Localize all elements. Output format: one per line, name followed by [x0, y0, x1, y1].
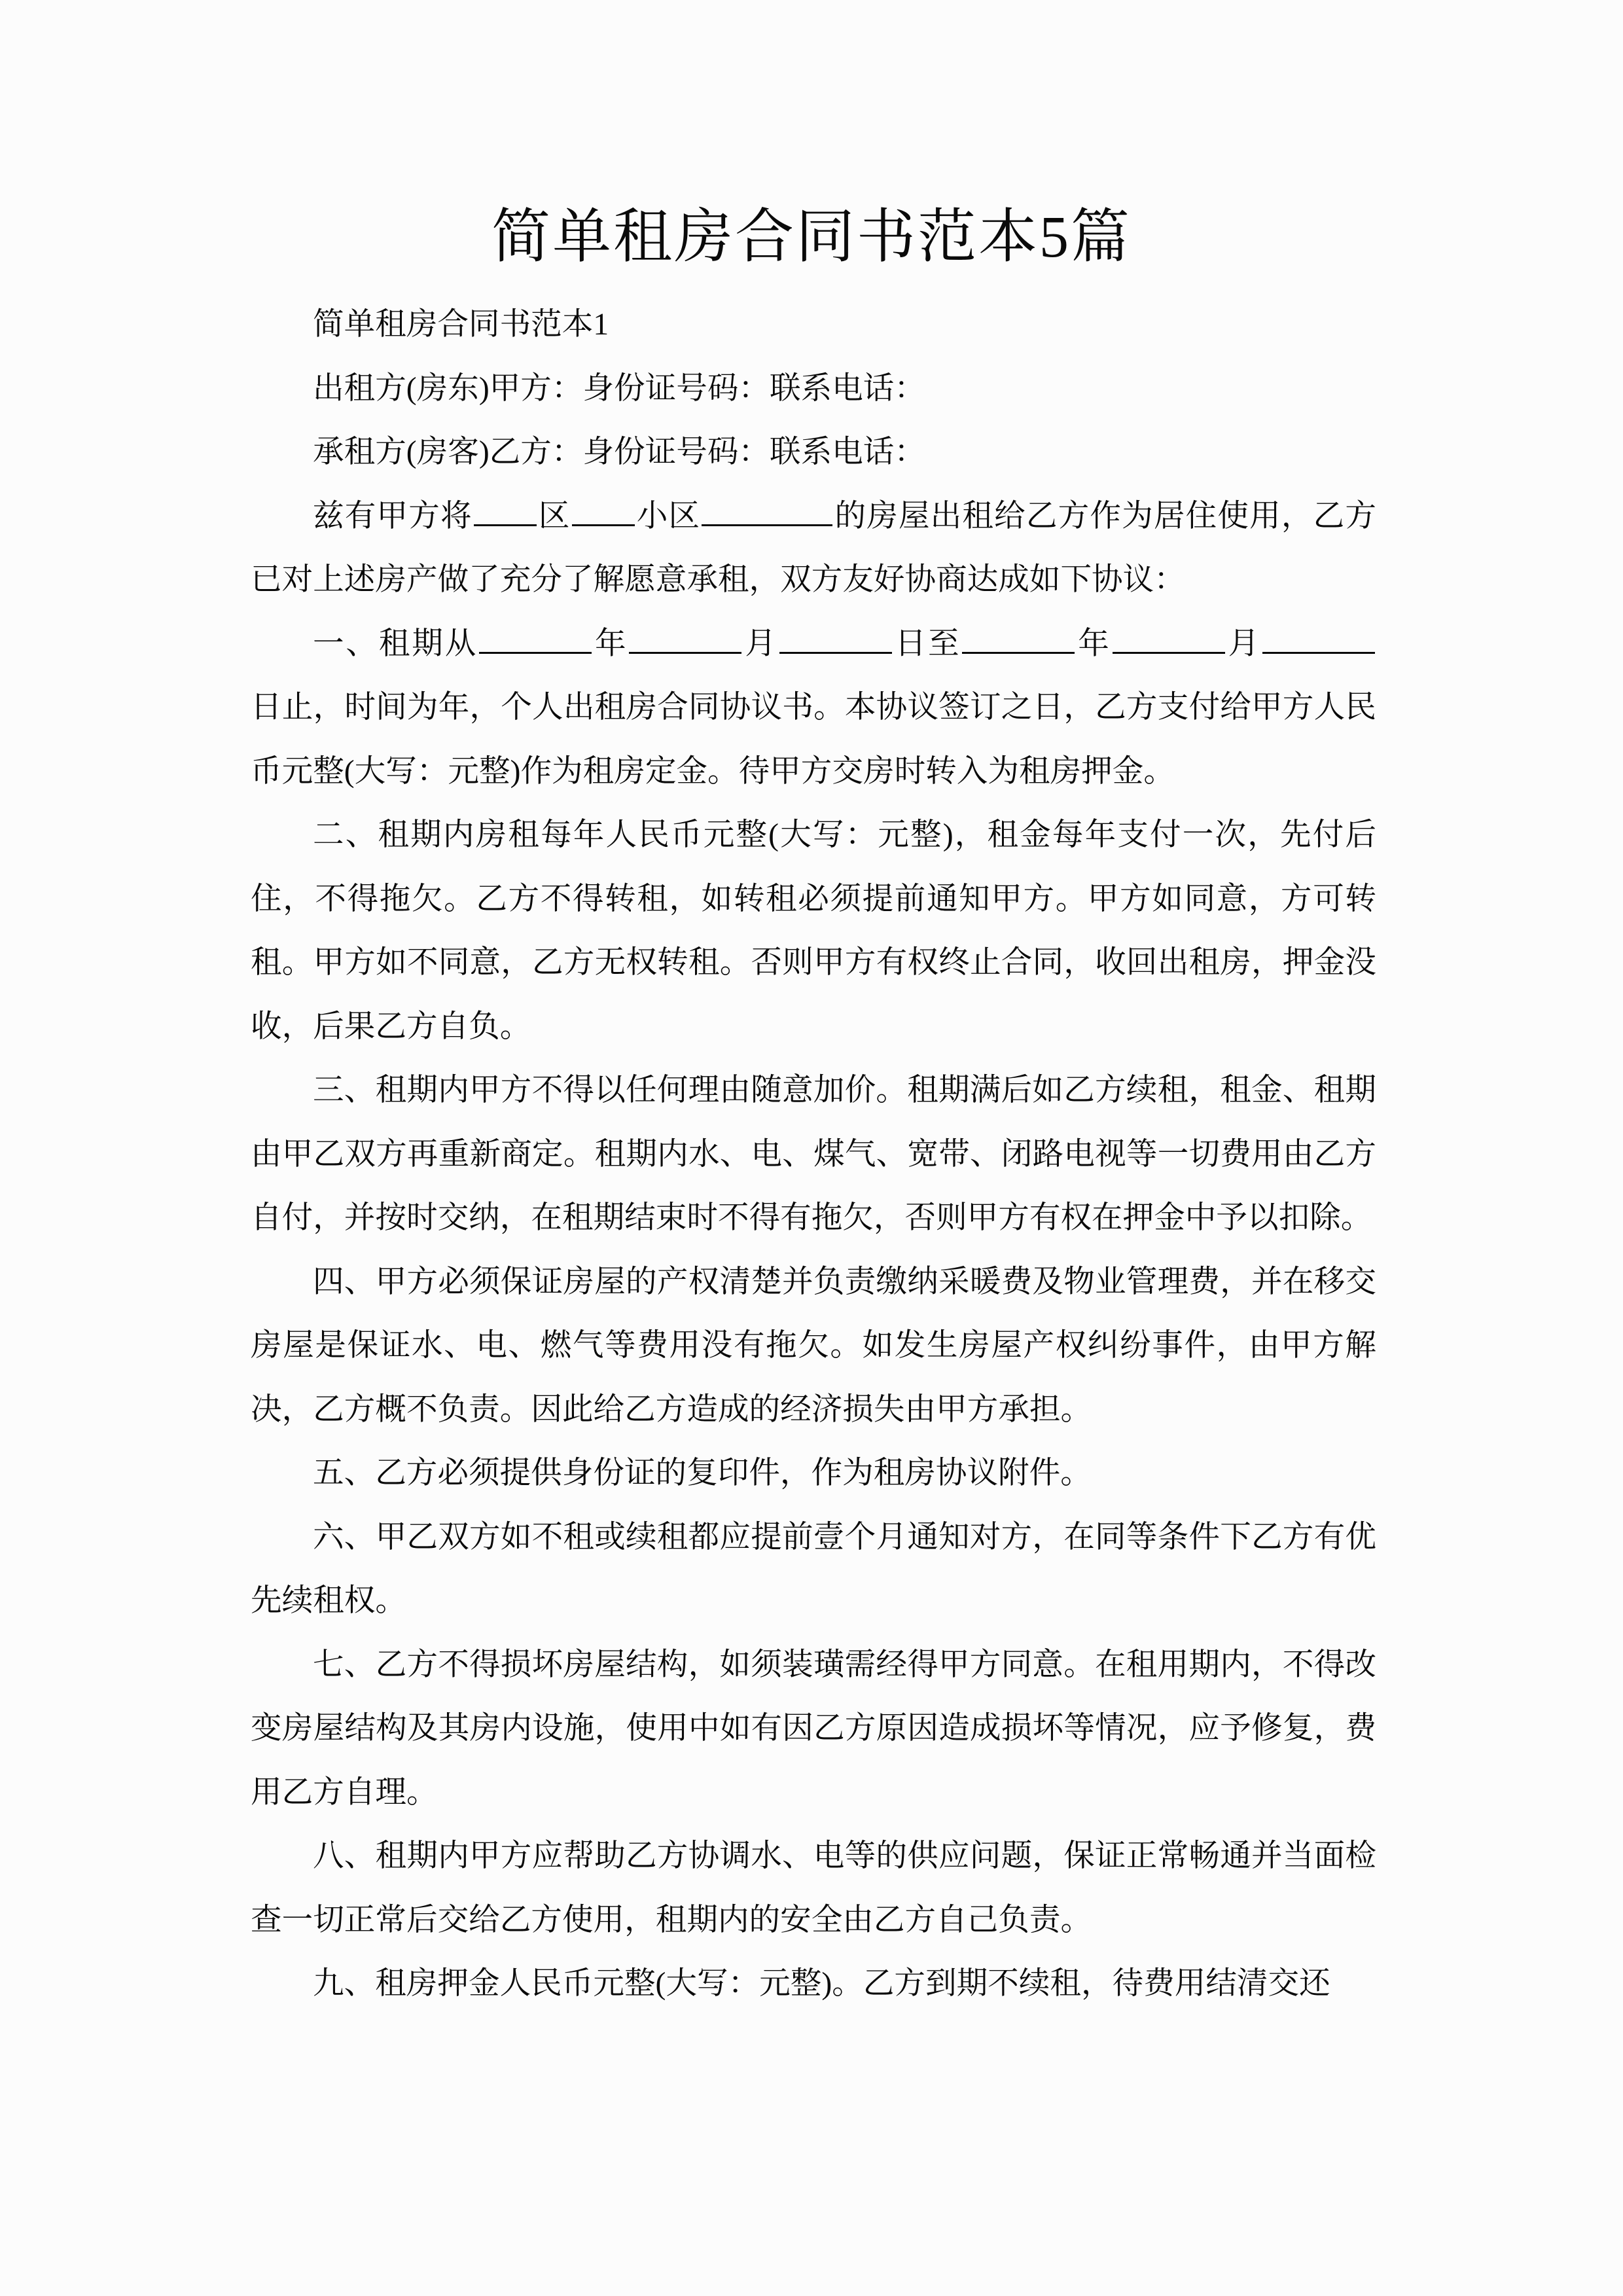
day-to-label: 日至	[893, 627, 961, 661]
clause-5: 五、乙方必须提供身份证的复印件，作为租房协议附件。	[251, 1442, 1376, 1506]
clause-8: 八、租期内甲方应帮助乙方协调水、电等的供应问题，保证正常畅通并当面检查一切正常后…	[251, 1825, 1376, 1952]
end-year-blank	[962, 626, 1075, 654]
document-page: 简单租房合同书范本5篇 简单租房合同书范本1 出租方(房东)甲方：身份证号码：联…	[0, 0, 1623, 2296]
intro-text-2: 区	[538, 499, 571, 533]
clause-1: 一、租期从年月日至年月日止，时间为年，个人出租房合同协议书。本协议签订之日，乙方…	[251, 613, 1376, 804]
start-year-blank	[479, 626, 592, 654]
end-day-blank	[1262, 626, 1375, 654]
month-label: 月	[743, 627, 777, 661]
month-label-2: 月	[1226, 627, 1261, 661]
community-blank	[572, 498, 635, 526]
clause-1-lead: 一、租期从	[313, 627, 478, 661]
document-title: 简单租房合同书范本5篇	[0, 202, 1623, 274]
clause-3: 三、租期内甲方不得以任何理由随意加价。租期满后如乙方续租，租金、租期由甲乙双方再…	[251, 1059, 1376, 1251]
lessor-line: 出租方(房东)甲方：身份证号码：联系电话：	[251, 357, 1376, 422]
clause-1-rest: 止，时间为年，个人出租房合同协议书。本协议签订之日，乙方支付给甲方人民币元整(大…	[251, 691, 1376, 789]
section-heading: 简单租房合同书范本1	[251, 293, 1376, 357]
start-day-blank	[779, 626, 892, 654]
clause-2: 二、租期内房租每年人民币元整(大写：元整)，租金每年支付一次，先付后住，不得拖欠…	[251, 804, 1376, 1059]
intro-text-1: 兹有甲方将	[313, 499, 473, 533]
lessee-line: 承租方(房客)乙方：身份证号码：联系电话：	[251, 421, 1376, 485]
address-blank	[702, 498, 832, 526]
year-label-2: 年	[1076, 627, 1111, 661]
intro-text-3: 小区	[636, 499, 701, 533]
start-month-blank	[629, 626, 741, 654]
clause-4: 四、甲方必须保证房屋的产权清楚并负责缴纳采暖费及物业管理费，并在移交房屋是保证水…	[251, 1251, 1376, 1443]
clause-9: 九、租房押金人民币元整(大写：元整)。乙方到期不续租，待费用结清交还	[251, 1952, 1376, 2017]
clause-6: 六、甲乙双方如不租或续租都应提前壹个月通知对方，在同等条件下乙方有优先续租权。	[251, 1506, 1376, 1634]
document-body: 简单租房合同书范本1 出租方(房东)甲方：身份证号码：联系电话： 承租方(房客)…	[251, 293, 1376, 2017]
end-month-blank	[1113, 626, 1225, 654]
intro-paragraph: 兹有甲方将区小区的房屋出租给乙方作为居住使用，乙方已对上述房产做了充分了解愿意承…	[251, 485, 1376, 613]
year-label: 年	[593, 627, 628, 661]
day-end-label: 日	[251, 691, 282, 725]
district-blank	[474, 498, 537, 526]
clause-7: 七、乙方不得损坏房屋结构，如须装璜需经得甲方同意。在租用期内，不得改变房屋结构及…	[251, 1634, 1376, 1825]
